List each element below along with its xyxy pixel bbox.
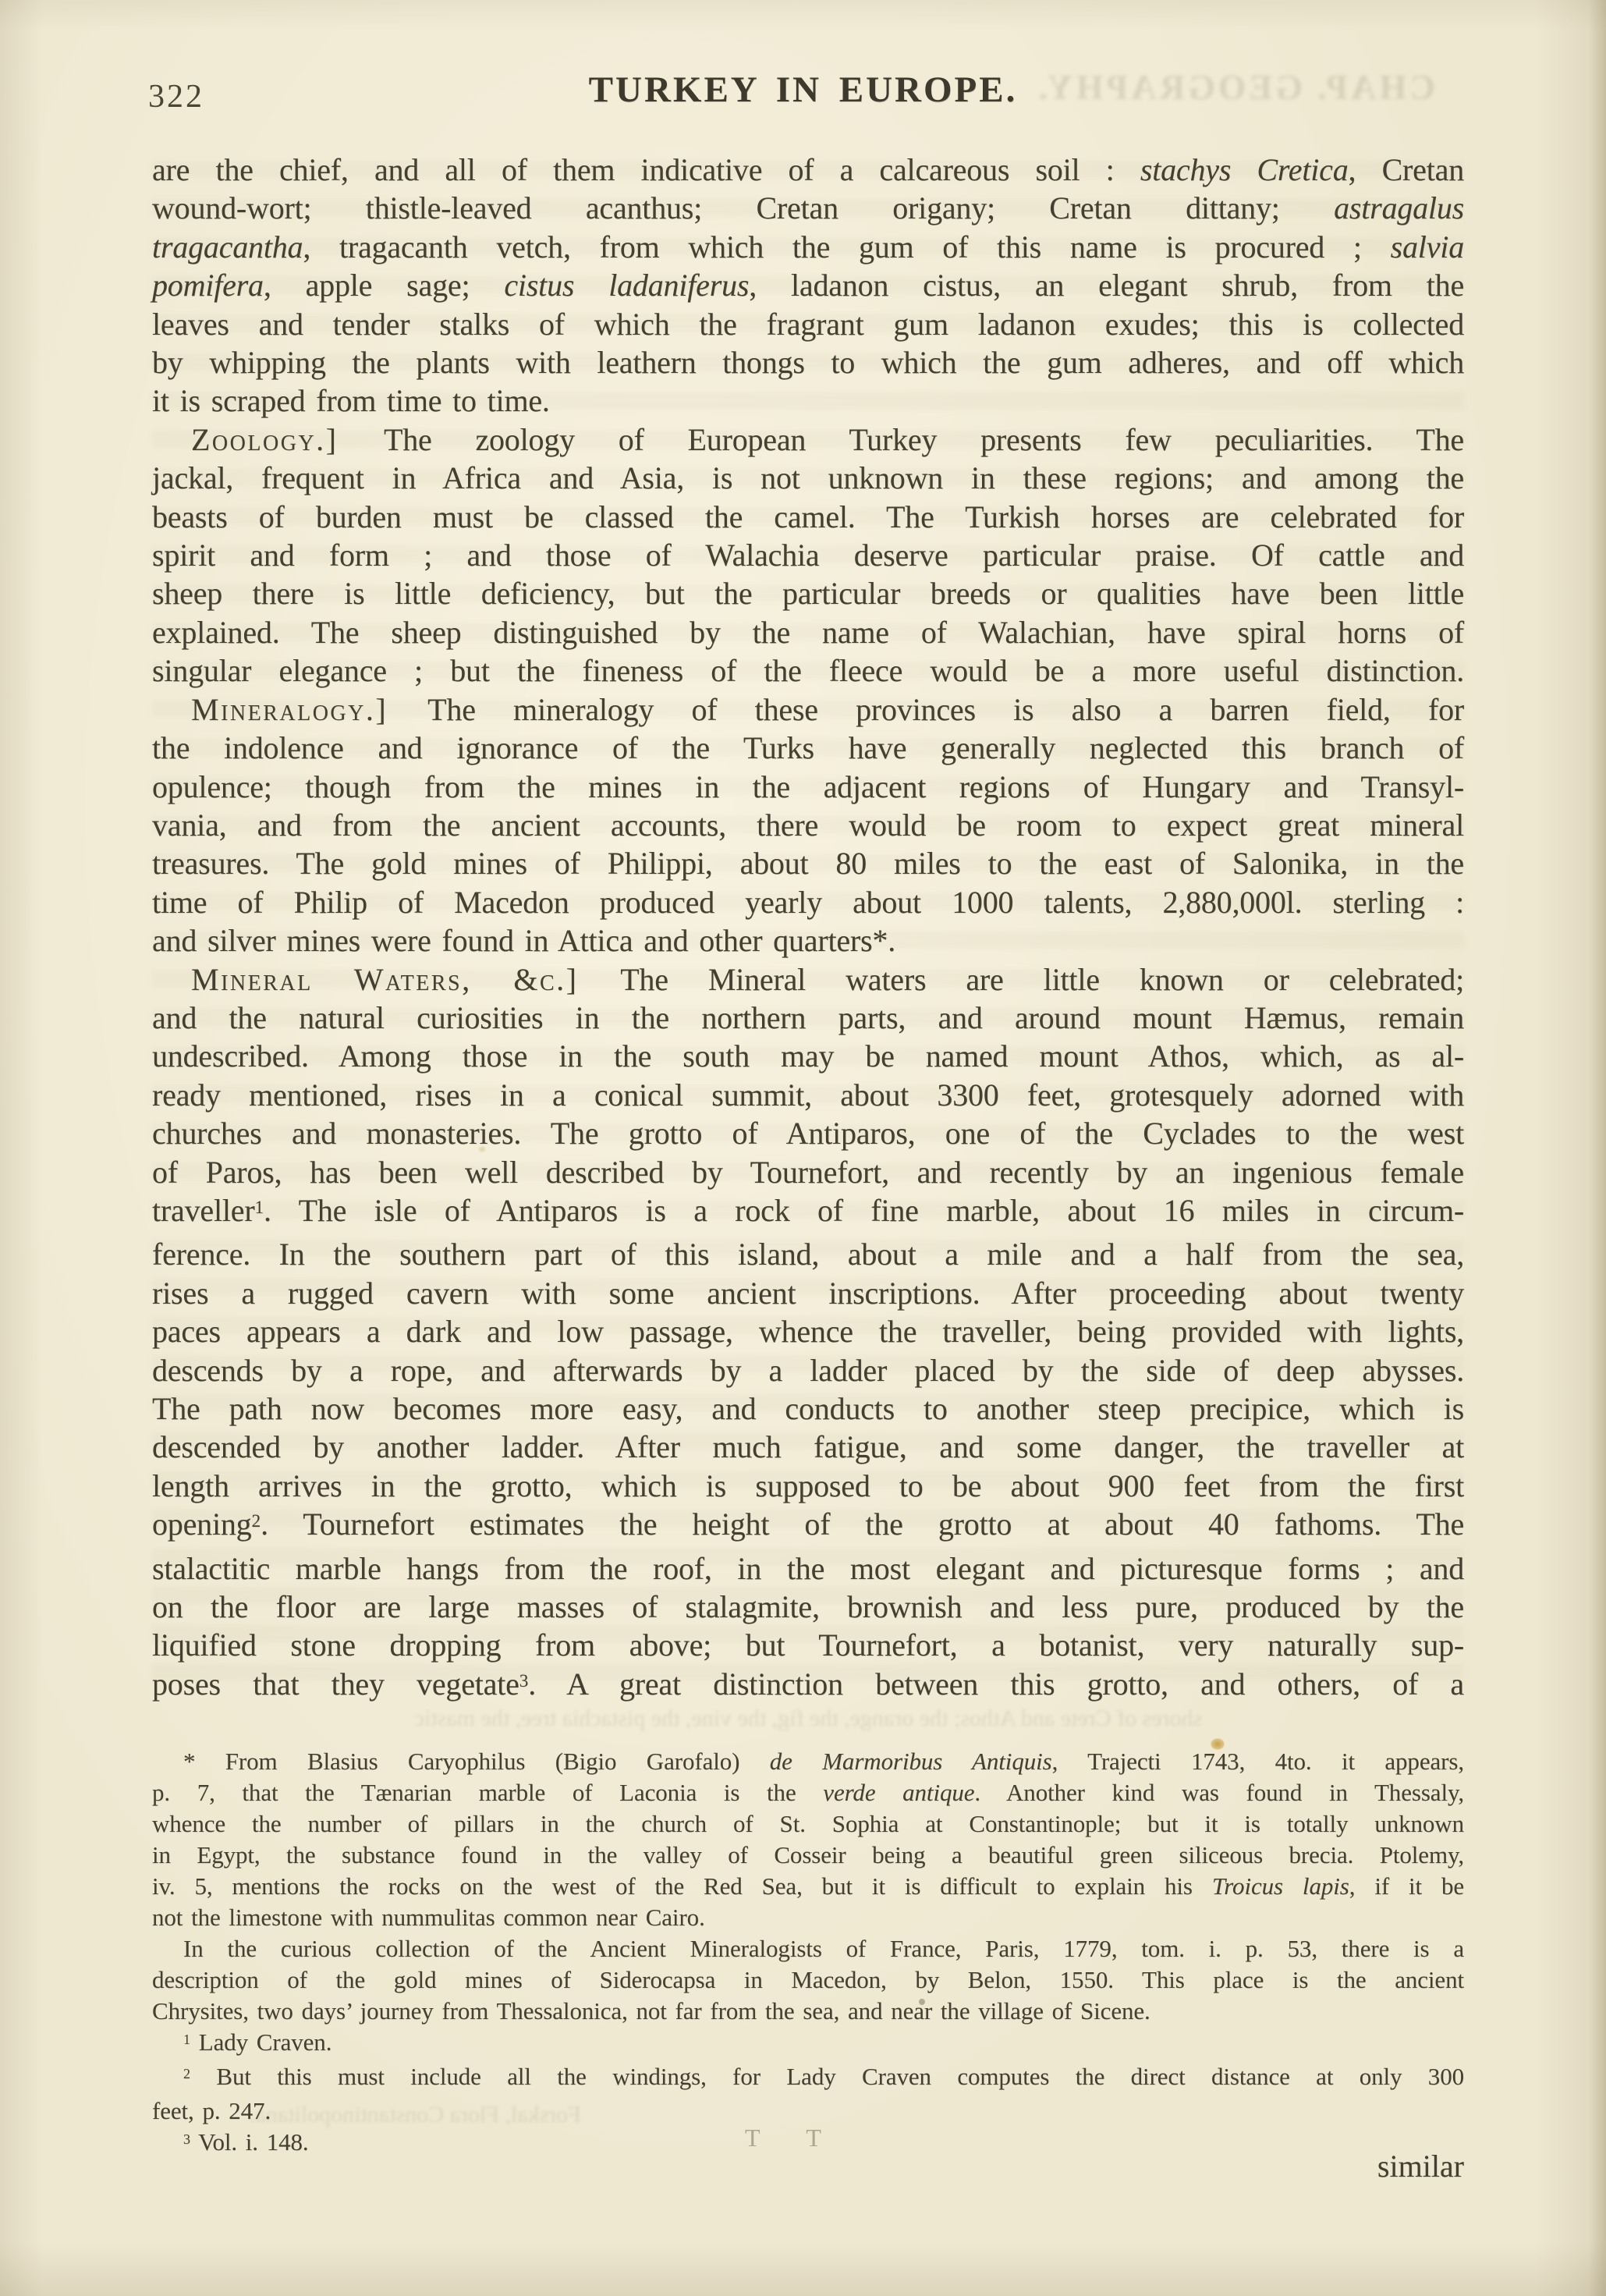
text-segment: the indolence and ignorance of the Turks… — [152, 730, 1464, 765]
paragraph: In the curious collection of the Ancient… — [152, 1933, 1464, 2027]
text-segment: poses that they vegetate — [152, 1666, 519, 1702]
footnotes: * From Blasius Caryophilus (Bigio Garofa… — [152, 1746, 1464, 2161]
text-segment: liquified stone dropping from above; but… — [152, 1627, 1464, 1663]
text-segment: The path now becomes more easy, and cond… — [152, 1391, 1464, 1426]
text-segment: , ladanon cistus, an elegant shrub, from… — [749, 268, 1464, 303]
body-text: are the chief, and all of them indicativ… — [152, 151, 1464, 1709]
text-segment: The mineralogy of these provinces is als… — [427, 692, 1464, 727]
text-segment: leaves and tender stalks of which the fr… — [152, 307, 1464, 342]
text-segment: treasures. The gold mines of Philippi, a… — [152, 846, 1464, 881]
text-line: opening2. Tournefort estimates the heigh… — [152, 1505, 1464, 1549]
text-line: Chrysites, two days’ journey from Thessa… — [152, 1996, 1464, 2027]
text-segment: spirit and form ; and those of Walachia … — [152, 538, 1464, 573]
section-heading: Mineralogy.] — [191, 692, 427, 727]
text-segment: iv. 5, mentions the rocks on the west of… — [152, 1872, 1212, 1900]
text-line: singular elegance ; but the fineness of … — [152, 651, 1464, 690]
text-segment: churches and monasteries. The grotto of … — [152, 1116, 1464, 1151]
text-segment: beasts of burden must be classed the cam… — [152, 499, 1464, 534]
text-segment: and the natural curiosities in the north… — [152, 1000, 1464, 1035]
text-segment: are the chief, and all of them indicativ… — [152, 152, 1140, 187]
text-segment: ference. In the southern part of this is… — [152, 1237, 1464, 1272]
text-line: paces appears a dark and low passage, wh… — [152, 1312, 1464, 1350]
text-segment: verde antique — [823, 1779, 974, 1806]
text-segment: cistus ladaniferus — [504, 268, 749, 303]
text-segment: Chrysites, two days’ journey from Thessa… — [152, 1997, 1150, 2025]
text-segment: tragacantha — [152, 229, 303, 264]
text-segment: descends by a rope, and afterwards by a … — [152, 1353, 1464, 1388]
text-line: rises a rugged cavern with some ancient … — [152, 1274, 1464, 1312]
text-line: sheep there is little deficiency, but th… — [152, 574, 1464, 612]
text-line: stalactitic marble hangs from the roof, … — [152, 1549, 1464, 1588]
text-segment: 1 — [254, 1198, 264, 1218]
text-segment: . Another kind was found in Thessaly, — [974, 1779, 1464, 1806]
text-segment: whence the number of pillars in the chur… — [152, 1810, 1464, 1837]
paragraph: are the chief, and all of them indicativ… — [152, 151, 1464, 421]
text-line: description of the gold mines of Sideroc… — [152, 1964, 1464, 1996]
text-line: poses that they vegetate3. A great disti… — [152, 1665, 1464, 1709]
text-segment: 2 — [183, 2066, 190, 2081]
text-line: spirit and form ; and those of Walachia … — [152, 536, 1464, 574]
paragraph: Zoology.] The zoology of European Turkey… — [152, 421, 1464, 690]
text-segment: , if it be — [1349, 1872, 1464, 1900]
text-line: traveller1. The isle of Antiparos is a r… — [152, 1191, 1464, 1235]
text-line: and silver mines were found in Attica an… — [152, 921, 1464, 960]
text-segment: stachys Cretica — [1140, 152, 1349, 187]
text-segment: sheep there is little deficiency, but th… — [152, 576, 1464, 611]
text-segment: not the limestone with nummulitas common… — [152, 1904, 705, 1931]
text-segment: feet, p. 247. — [152, 2097, 271, 2124]
text-line: opulence; though from the mines in the a… — [152, 768, 1464, 806]
book-page: CHAP. GEOGRAPHY. 322 TURKEY IN EUROPE. a… — [0, 0, 1606, 2296]
text-line: and the natural curiosities in the north… — [152, 999, 1464, 1037]
text-segment: . A great distinction between this grott… — [528, 1666, 1464, 1702]
text-segment: vania, and from the ancient accounts, th… — [152, 807, 1464, 843]
text-line: Mineralogy.] The mineralogy of these pro… — [152, 690, 1464, 729]
text-line: ready mentioned, rises in a conical summ… — [152, 1076, 1464, 1114]
text-line: whence the number of pillars in the chur… — [152, 1808, 1464, 1840]
text-line: churches and monasteries. The grotto of … — [152, 1114, 1464, 1152]
text-segment: salvia — [1391, 229, 1464, 264]
text-line: In the curious collection of the Ancient… — [152, 1933, 1464, 1964]
paragraph: 1 Lady Craven. — [152, 2027, 1464, 2061]
text-segment: , tragacanth vetch, from which the gum o… — [303, 229, 1390, 264]
text-segment: wound-wort; thistle-leaved acanthus; Cre… — [152, 190, 1334, 225]
text-segment: opening — [152, 1506, 251, 1542]
text-line: feet, p. 247. — [152, 2095, 1464, 2127]
text-line: time of Philip of Macedon produced yearl… — [152, 883, 1464, 921]
text-segment: traveller — [152, 1193, 254, 1228]
text-segment: The zoology of European Turkey presents … — [384, 422, 1464, 457]
paragraph: Mineralogy.] The mineralogy of these pro… — [152, 690, 1464, 960]
text-segment: , Cretan — [1349, 152, 1464, 187]
text-segment: in Egypt, the substance found in the val… — [152, 1841, 1464, 1868]
text-segment: In the curious collection of the Ancient… — [183, 1935, 1464, 1962]
text-segment: . Tournefort estimates the height of the… — [261, 1506, 1464, 1542]
text-segment: 1 — [183, 2032, 190, 2047]
text-segment: description of the gold mines of Sideroc… — [152, 1966, 1464, 1993]
text-segment: explained. The sheep distinguished by th… — [152, 615, 1464, 650]
text-line: it is scraped from time to time. — [152, 381, 1464, 420]
text-line: undescribed. Among those in the south ma… — [152, 1037, 1464, 1075]
text-line: pomifera, apple sage; cistus ladaniferus… — [152, 266, 1464, 304]
text-segment: and silver mines were found in Attica an… — [152, 923, 895, 958]
catchword: similar — [152, 2148, 1464, 2184]
text-line: * From Blasius Caryophilus (Bigio Garofa… — [152, 1746, 1464, 1777]
text-line: of Paros, has been well described by Tou… — [152, 1153, 1464, 1191]
text-line: length arrives in the grotto, which is s… — [152, 1467, 1464, 1505]
text-line: by whipping the plants with leathern tho… — [152, 343, 1464, 381]
paragraph: * From Blasius Caryophilus (Bigio Garofa… — [152, 1746, 1464, 1933]
text-line: descended by another ladder. After much … — [152, 1428, 1464, 1466]
section-heading: Mineral Waters, &c.] — [191, 962, 620, 997]
text-line: p. 7, that the Tænarian marble of Laconi… — [152, 1777, 1464, 1808]
text-line: 1 Lady Craven. — [152, 2027, 1464, 2061]
text-segment: 3 — [519, 1671, 529, 1691]
text-line: the indolence and ignorance of the Turks… — [152, 729, 1464, 767]
text-segment: 2 — [251, 1511, 261, 1531]
section-heading: Zoology.] — [191, 422, 384, 457]
text-segment: The Mineral waters are little known or c… — [620, 962, 1464, 997]
text-line: not the limestone with nummulitas common… — [152, 1902, 1464, 1933]
text-segment: ready mentioned, rises in a conical summ… — [152, 1077, 1464, 1113]
text-line: treasures. The gold mines of Philippi, a… — [152, 844, 1464, 882]
text-segment: astragalus — [1334, 190, 1464, 225]
text-line: descends by a rope, and afterwards by a … — [152, 1351, 1464, 1389]
text-segment: paces appears a dark and low passage, wh… — [152, 1314, 1464, 1349]
text-segment: 3 — [183, 2131, 190, 2147]
text-line: iv. 5, mentions the rocks on the west of… — [152, 1871, 1464, 1902]
text-segment: by whipping the plants with leathern tho… — [152, 345, 1464, 380]
text-segment: on the floor are large masses of stalagm… — [152, 1589, 1464, 1624]
text-segment: stalactitic marble hangs from the roof, … — [152, 1551, 1464, 1586]
text-segment: But this must include all the windings, … — [190, 2063, 1464, 2090]
text-segment: singular elegance ; but the fineness of … — [152, 653, 1464, 688]
text-segment: opulence; though from the mines in the a… — [152, 769, 1464, 804]
text-line: explained. The sheep distinguished by th… — [152, 613, 1464, 651]
text-line: The path now becomes more easy, and cond… — [152, 1389, 1464, 1428]
text-segment: de Marmoribus Antiquis — [770, 1748, 1052, 1775]
text-segment: descended by another ladder. After much … — [152, 1429, 1464, 1464]
text-segment: length arrives in the grotto, which is s… — [152, 1468, 1464, 1503]
text-line: are the chief, and all of them indicativ… — [152, 151, 1464, 189]
text-line: wound-wort; thistle-leaved acanthus; Cre… — [152, 189, 1464, 227]
text-line: beasts of burden must be classed the cam… — [152, 498, 1464, 536]
bleedthrough-text-mid: shores of Crete and Athos; the orange, t… — [152, 1705, 1464, 1732]
text-segment: , apple sage; — [264, 268, 504, 303]
text-line: Zoology.] The zoology of European Turkey… — [152, 421, 1464, 459]
text-line: 2 But this must include all the windings… — [152, 2061, 1464, 2095]
text-segment: time of Philip of Macedon produced yearl… — [152, 885, 1464, 920]
text-segment: pomifera — [152, 268, 264, 303]
text-segment: * From Blasius Caryophilus (Bigio Garofa… — [183, 1748, 770, 1775]
paragraph: 2 But this must include all the windings… — [152, 2061, 1464, 2127]
text-line: vania, and from the ancient accounts, th… — [152, 806, 1464, 844]
text-line: in Egypt, the substance found in the val… — [152, 1840, 1464, 1871]
text-segment: jackal, frequent in Africa and Asia, is … — [152, 460, 1464, 495]
text-line: ference. In the southern part of this is… — [152, 1235, 1464, 1273]
text-segment: Lady Craven. — [190, 2028, 331, 2056]
text-line: jackal, frequent in Africa and Asia, is … — [152, 459, 1464, 497]
paragraph: Mineral Waters, &c.] The Mineral waters … — [152, 960, 1464, 1709]
text-segment: , Trajecti 1743, 4to. it appears, — [1052, 1748, 1464, 1775]
text-segment: it is scraped from time to time. — [152, 383, 550, 418]
text-line: tragacantha, tragacanth vetch, from whic… — [152, 228, 1464, 266]
text-line: leaves and tender stalks of which the fr… — [152, 305, 1464, 343]
running-title: TURKEY IN EUROPE. — [0, 69, 1606, 111]
text-segment: p. 7, that the Tænarian marble of Laconi… — [152, 1779, 823, 1806]
text-segment: . The isle of Antiparos is a rock of fin… — [264, 1193, 1464, 1228]
text-segment: rises a rugged cavern with some ancient … — [152, 1276, 1464, 1311]
text-line: Mineral Waters, &c.] The Mineral waters … — [152, 960, 1464, 999]
text-segment: undescribed. Among those in the south ma… — [152, 1038, 1464, 1073]
text-line: on the floor are large masses of stalagm… — [152, 1588, 1464, 1626]
text-segment: of Paros, has been well described by Tou… — [152, 1155, 1464, 1190]
text-segment: Troicus lapis — [1212, 1872, 1349, 1900]
text-line: liquified stone dropping from above; but… — [152, 1626, 1464, 1664]
